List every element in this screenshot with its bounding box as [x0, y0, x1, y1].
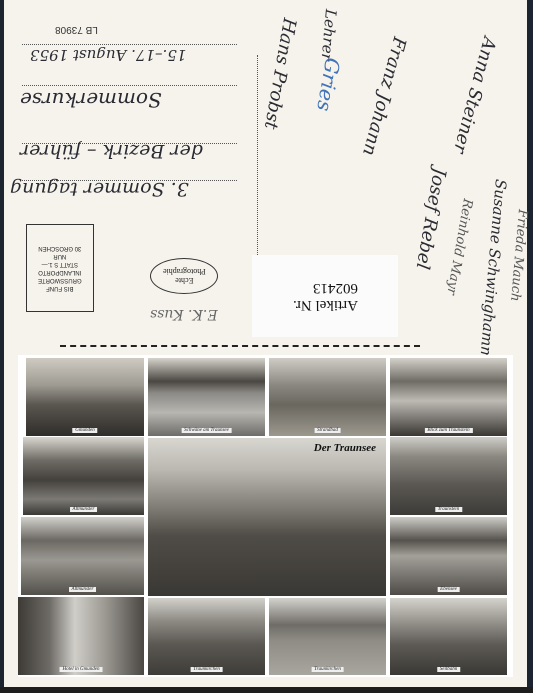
- photo-main: Der Traunsee: [148, 438, 386, 596]
- photo-caption: Traunkirchen: [190, 667, 223, 672]
- photo-stamp: Echte Photographie: [150, 258, 218, 294]
- photo: Ebensee: [390, 517, 507, 595]
- photo: Blick zum Traunstein: [390, 358, 507, 436]
- collage-title: Der Traunsee: [314, 442, 376, 454]
- postage-box: BIS FÜNF GRUSSWORTE INLANDPORTO STATT S …: [26, 224, 94, 312]
- address-line: [22, 85, 237, 86]
- stamp-text: GRUSSWORTE: [38, 276, 82, 284]
- photo: Hotel in Gmunden: [18, 597, 144, 675]
- photo: Strandbad: [269, 358, 386, 436]
- photo: Gmunden: [26, 358, 144, 436]
- sender-note: E.K. Kuss: [150, 306, 218, 322]
- stamp-text: NUR: [38, 252, 82, 260]
- postcard-back: LB 73908 15.–17. August 1953 Sommerkurse…: [0, 0, 533, 340]
- signature: Josef Rebel: [412, 166, 450, 271]
- article-label: Artikel Nr. 602413: [252, 255, 398, 337]
- signature: Anna Steiner: [449, 35, 500, 156]
- photo-caption: Traunstein: [435, 507, 462, 512]
- code-mark: LB 73908: [55, 24, 98, 35]
- photo-caption: Hotel in Gmunden: [60, 667, 103, 672]
- photo-caption: Traunkirchen: [311, 667, 344, 672]
- article-label-title: Artikel Nr.: [293, 296, 358, 313]
- photo: Altmünster: [23, 437, 144, 515]
- address-line: [22, 44, 237, 45]
- signature: Hans Probst: [260, 16, 300, 130]
- photo: Seilbahn: [390, 598, 507, 675]
- stamp-text: STATT S 1.—: [38, 260, 82, 268]
- photo-caption: Gmunden: [72, 428, 97, 433]
- article-number: 602413: [293, 279, 358, 296]
- handwritten-line-2: der Bezirk – führer: [20, 140, 203, 162]
- photo: Schwäne am Traunsee: [148, 358, 265, 436]
- perforation-line: [60, 345, 420, 347]
- card-edge-bottom: [0, 687, 533, 693]
- signature: Gries: [312, 56, 345, 113]
- stamp-text: INLANDPORTO: [38, 268, 82, 276]
- signature: Susanne Schwinghammer: [475, 178, 510, 377]
- postcard: LB 73908 15.–17. August 1953 Sommerkurse…: [0, 0, 533, 693]
- photo: Altmünster: [21, 517, 144, 595]
- photo: Traunstein: [390, 437, 507, 515]
- signature: Lehrer: [318, 8, 340, 61]
- photo-caption: Altmünster: [70, 507, 98, 512]
- stamp-text: 30 GROSCHEN: [38, 244, 82, 252]
- handwritten-line-1: Sommerkurse: [20, 88, 162, 112]
- photo-caption: Seilbahn: [437, 667, 461, 672]
- stamp-text: BIS FÜNF: [38, 284, 82, 292]
- photo-caption: Ebensee: [437, 587, 460, 592]
- signature: Reinhold Mayr: [443, 197, 475, 296]
- photo-caption: Blick zum Traunstein: [424, 428, 472, 433]
- photo: Traunkirchen: [269, 598, 386, 675]
- stamp-text: Photographie: [163, 267, 206, 276]
- signature: Frieda Mauch: [507, 209, 530, 302]
- photo-collage: Gmunden Schwäne am Traunsee Strandbad Bl…: [18, 355, 513, 677]
- photo-caption: Strandbad: [314, 428, 341, 433]
- handwritten-line-3: 3. Sommer tagung: [10, 178, 189, 200]
- stamp-text: Echte: [163, 276, 206, 285]
- signature: Franz Johann: [358, 35, 410, 158]
- date-handwritten: 15.–17. August 1953: [30, 46, 186, 64]
- photo: Traunkirchen: [148, 598, 265, 675]
- divider-line: [257, 55, 258, 255]
- photo-caption: Altmünster: [69, 587, 97, 592]
- photo-caption: Schwäne am Traunsee: [181, 428, 232, 433]
